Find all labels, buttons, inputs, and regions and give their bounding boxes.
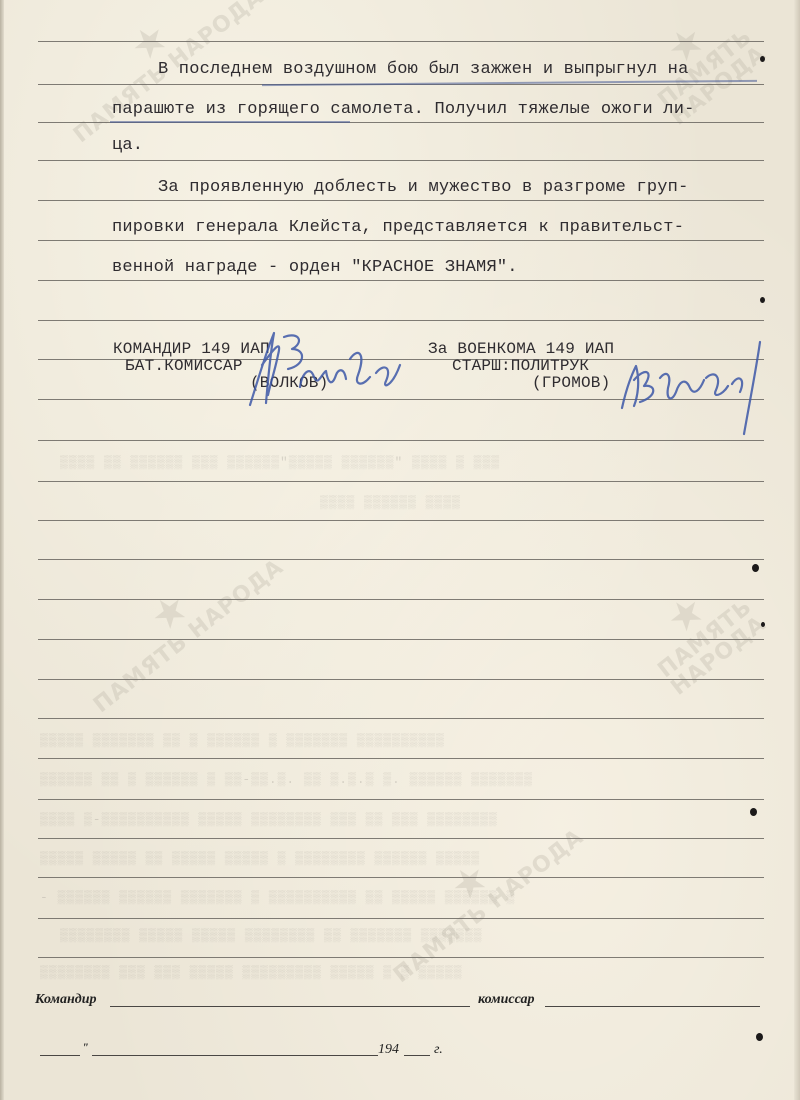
ruled-line xyxy=(38,440,764,441)
bleed-through-text: - ▒▒▒▒▒▒ ▒▒▒▒▒▒ ▒▒▒▒▒▒▒ ▒ ▒▒▒▒▒▒▒▒▒▒ ▒▒ … xyxy=(40,890,515,905)
ruled-line xyxy=(38,799,764,800)
ruled-line xyxy=(38,240,764,241)
commissar-signature-line xyxy=(545,1006,760,1007)
signer-rank: СТАРШ:ПОЛИТРУК xyxy=(452,357,589,375)
ruled-line xyxy=(38,599,764,600)
handwritten-signature-volkov xyxy=(240,325,420,415)
body-text-line: венной награде - орден "КРАСНОЕ ЗНАМЯ". xyxy=(112,258,518,277)
bleed-through-text: ▒▒▒▒ ▒▒ ▒▒▒▒▒▒ ▒▒▒ ▒▒▒▒▒▒"▒▒▒▒▒ ▒▒▒▒▒▒" … xyxy=(60,455,500,470)
punch-hole xyxy=(756,1033,763,1041)
date-day-line xyxy=(40,1055,80,1056)
ruled-line xyxy=(38,481,764,482)
date-month-line xyxy=(92,1055,378,1056)
bleed-through-text: ▒▒▒▒▒ ▒▒▒▒▒ ▒▒ ▒▒▒▒▒ ▒▒▒▒▒ ▒ ▒▒▒▒▒▒▒▒ ▒▒… xyxy=(40,851,480,866)
ruled-line xyxy=(38,41,764,42)
punch-hole xyxy=(760,56,765,62)
watermark: ★ПАМЯТЬ НАРОДА xyxy=(595,537,800,726)
ruled-line xyxy=(38,758,764,759)
date-year-line xyxy=(404,1055,430,1056)
ruled-line xyxy=(38,160,764,161)
date-year-prefix: 194 xyxy=(378,1042,399,1058)
handwritten-signature-gromov xyxy=(610,330,770,440)
ruled-line xyxy=(38,718,764,719)
ruled-line xyxy=(38,838,764,839)
ruled-line xyxy=(38,639,764,640)
bleed-through-text: ▒▒▒▒▒▒▒▒ ▒▒▒ ▒▒▒ ▒▒▒▒▒ ▒▒▒▒▒▒▒▒▒ ▒▒▒▒▒ ▒… xyxy=(40,965,462,980)
pencil-underline xyxy=(110,121,350,123)
body-text-line: парашюте из горящего самолета. Получил т… xyxy=(112,100,695,119)
punch-hole xyxy=(761,622,765,627)
commander-label: Командир xyxy=(35,992,97,1008)
ruled-line xyxy=(38,679,764,680)
watermark: ★ПАМЯТЬ НАРОДА xyxy=(66,525,288,718)
ruled-line xyxy=(38,877,764,878)
ruled-line xyxy=(38,520,764,521)
document-page: ★ПАМЯТЬ НАРОДА ★ПАМЯТЬ НАРОДА ★ПАМЯТЬ НА… xyxy=(0,0,800,1100)
signer-rank: БАТ.КОМИССАР xyxy=(125,357,243,375)
ruled-line xyxy=(38,559,764,560)
bleed-through-text: ▒▒▒▒▒▒▒▒ ▒▒▒▒▒ ▒▒▒▒▒ ▒▒▒▒▒▒▒▒ ▒▒ ▒▒▒▒▒▒▒… xyxy=(60,928,482,943)
body-text-line: В последнем воздушном бою был зажжен и в… xyxy=(158,60,689,79)
date-quote-mark: " xyxy=(82,1040,89,1055)
signer-name: (ВОЛКОВ) xyxy=(250,374,328,392)
bleed-through-text: ▒▒▒▒ ▒▒▒▒▒▒ ▒▒▒▒ xyxy=(320,495,461,510)
ruled-line xyxy=(38,200,764,201)
ruled-line xyxy=(38,918,764,919)
bleed-through-text: ▒▒▒▒ ▒-▒▒▒▒▒▒▒▒▒▒ ▒▒▒▒▒ ▒▒▒▒▒▒▒▒ ▒▒▒ ▒▒ … xyxy=(40,812,498,827)
bleed-through-text: ▒▒▒▒▒▒ ▒▒ ▒ ▒▒▒▒▒▒ ▒ ▒▒-▒▒.▒. ▒▒ ▒.▒.▒ ▒… xyxy=(40,772,533,787)
body-text-line: пировки генерала Клейста, представляется… xyxy=(112,218,684,237)
ruled-line xyxy=(38,320,764,321)
signer-title: За ВОЕНКОМА 149 ИАП xyxy=(428,340,614,358)
pencil-underline xyxy=(262,80,757,86)
body-text-line: ца. xyxy=(112,136,143,155)
page-edge-right xyxy=(794,0,800,1100)
punch-hole xyxy=(752,564,759,572)
punch-hole xyxy=(760,297,765,303)
commander-signature-line xyxy=(110,1006,470,1007)
signer-name: (ГРОМОВ) xyxy=(532,374,610,392)
body-text-line: За проявленную доблесть и мужество в раз… xyxy=(158,178,689,197)
ruled-line xyxy=(38,399,764,400)
bleed-through-text: ▒▒▒▒▒ ▒▒▒▒▒▒▒ ▒▒ ▒ ▒▒▒▒▒▒ ▒ ▒▒▒▒▒▒▒ ▒▒▒▒… xyxy=(40,733,445,748)
ruled-line xyxy=(38,957,764,958)
date-year-suffix: г. xyxy=(434,1042,443,1058)
commissar-label: комиссар xyxy=(478,992,534,1008)
signer-title: КОМАНДИР 149 ИАП xyxy=(113,340,270,358)
ruled-line xyxy=(38,280,764,281)
punch-hole xyxy=(750,808,757,816)
page-edge-left xyxy=(0,0,4,1100)
